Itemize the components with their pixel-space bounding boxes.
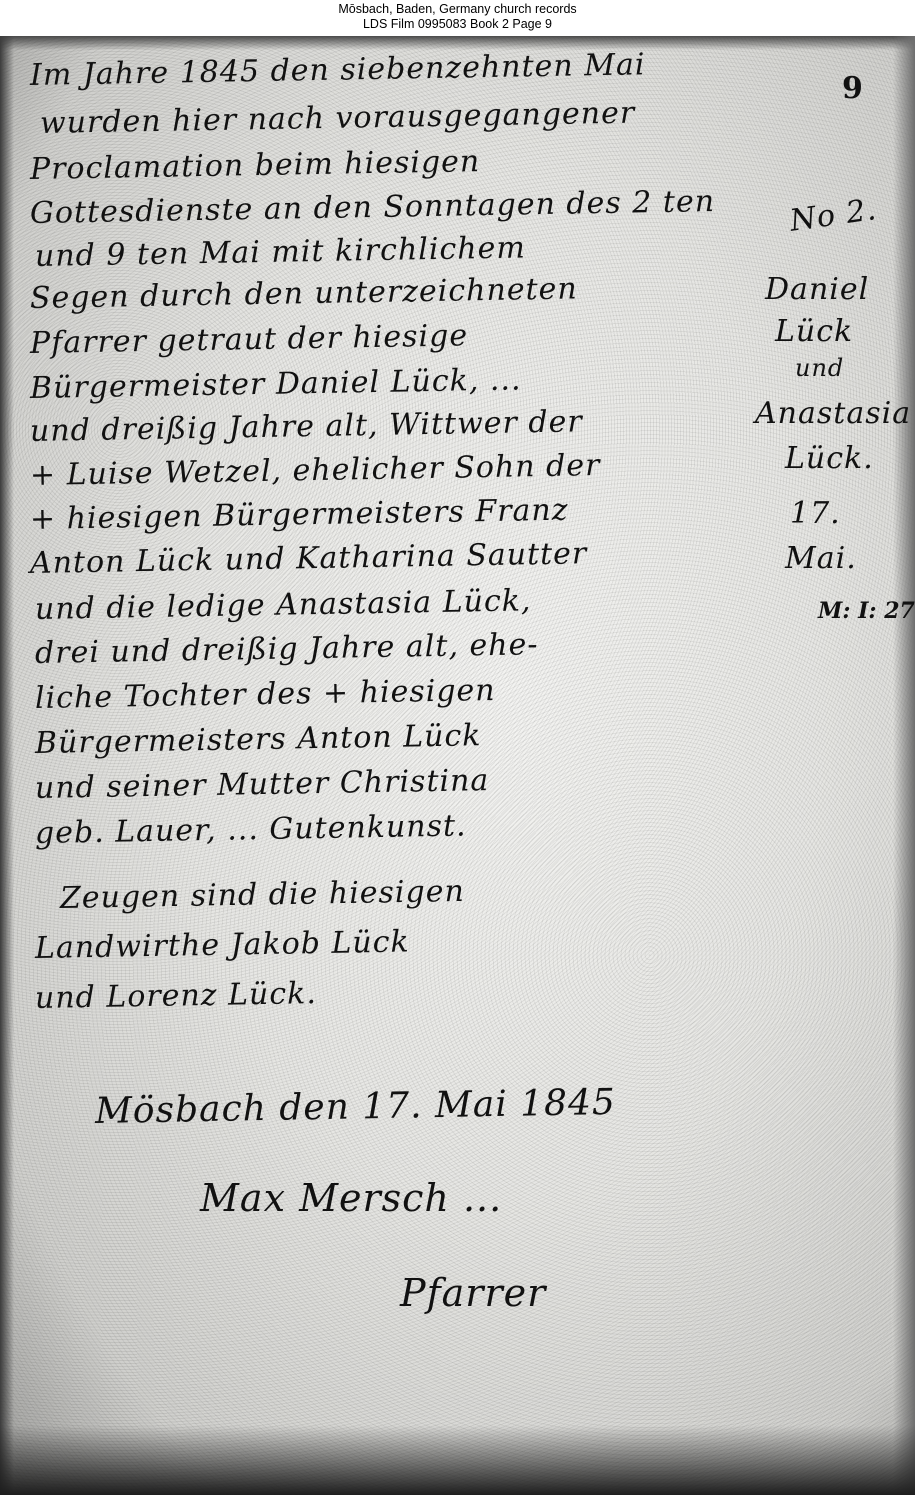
margin-groom-name: Daniel (765, 272, 869, 307)
header-film-reference: LDS Film 0995083 Book 2 Page 9 (0, 17, 915, 32)
body-line: + hiesigen Bürgermeisters Franz (30, 493, 569, 537)
body-line: wurden hier nach vorausgegangener (40, 96, 636, 141)
body-line: Pfarrer getraut der hiesige (30, 318, 469, 361)
margin-conjunction: und (795, 354, 844, 382)
scan-shadow-right (893, 36, 915, 1495)
body-line: Segen durch den unterzeichneten (30, 271, 578, 316)
margin-entry-number: No 2. (788, 192, 880, 239)
body-line: Im Jahre 1845 den siebenzehnten Mai (30, 47, 646, 93)
scanned-page: 9 Im Jahre 1845 den siebenzehnten Mai wu… (0, 36, 915, 1495)
scan-shadow-left (0, 36, 14, 1495)
body-line: Zeugen sind die hiesigen (60, 874, 465, 916)
body-line: + Luise Wetzel, ehelicher Sohn der (30, 448, 601, 493)
margin-day: 17. (790, 496, 841, 531)
body-line: und Lorenz Lück. (35, 976, 317, 1016)
body-line: geb. Lauer, ... Gutenkunst. (35, 808, 467, 851)
body-line: und dreißig Jahre alt, Wittwer der (30, 404, 583, 449)
body-line: Bürgermeister Daniel Lück, ... (30, 362, 522, 406)
document-header: Mōsbach, Baden, Germany church records L… (0, 0, 915, 36)
body-line: Bürgermeisters Anton Lück (35, 718, 482, 761)
body-line: Gottesdienste an den Sonntagen des 2 ten (30, 184, 716, 231)
scan-shadow-bottom (0, 1425, 915, 1495)
margin-month: Mai. (785, 541, 857, 576)
body-line: Proclamation beim hiesigen (30, 144, 481, 187)
margin-bride-surname: Lück. (785, 441, 874, 476)
body-line: liche Tochter des + hiesigen (35, 673, 496, 716)
body-line: und 9 ten Mai mit kirchlichem (35, 230, 526, 274)
body-line: Anton Lück und Katharina Sautter (30, 536, 588, 581)
body-line: und seiner Mutter Christina (35, 763, 490, 806)
header-title: Mōsbach, Baden, Germany church records (0, 2, 915, 17)
margin-groom-surname: Lück (775, 314, 853, 349)
body-line: Landwirthe Jakob Lück (35, 924, 410, 966)
margin-bride-name: Anastasia (755, 396, 911, 431)
scan-shadow-top (0, 36, 915, 50)
page-number: 9 (842, 71, 863, 106)
place-date-line: Mösbach den 17. Mai 1845 (95, 1082, 617, 1132)
body-line: drei und dreißig Jahre alt, ehe- (35, 627, 539, 671)
body-line: und die ledige Anastasia Lück, (35, 583, 532, 627)
signature-name: Max Mersch ... (200, 1176, 502, 1220)
margin-reference: M: I: 27. (818, 598, 915, 624)
signature-title: Pfarrer (400, 1271, 546, 1315)
